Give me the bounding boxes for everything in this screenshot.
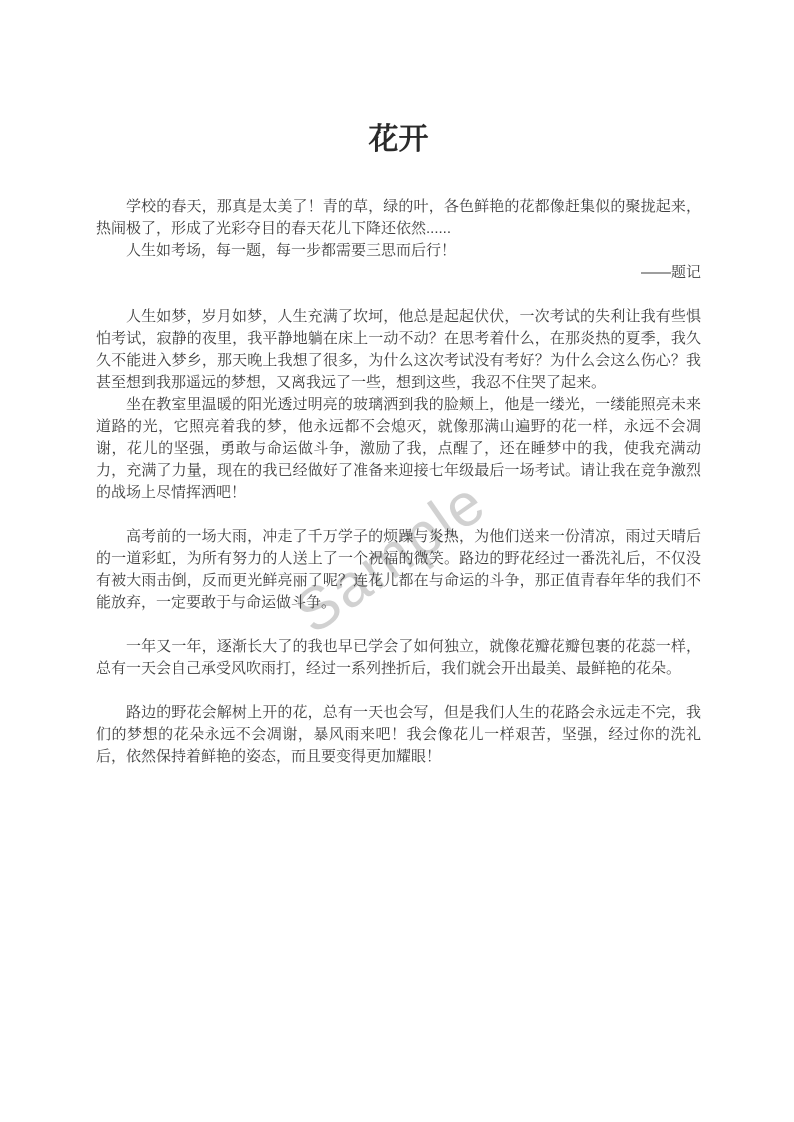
body-paragraph-1: 人生如梦，岁月如梦，人生充满了坎坷，他总是起起伏伏，一次考试的失利让我有些惧怕考…: [96, 306, 701, 394]
essay-title: 花开: [96, 122, 701, 158]
intro-paragraph-2: 人生如考场，每一题，每一步都需要三思而后行！: [96, 240, 701, 262]
body-paragraph-2: 坐在教室里温暖的阳光透过明亮的玻璃洒到我的脸颊上，他是一缕光，一缕能照亮未来道路…: [96, 394, 701, 504]
intro-paragraph-1: 学校的春天，那真是太美了！青的草，绿的叶，各色鲜艳的花都像赶集似的聚拢起来，热闹…: [96, 196, 701, 240]
body-paragraph-3: 高考前的一场大雨，冲走了千万学子的烦躁与炎热，为他们送来一份清凉，雨过天晴后的一…: [96, 526, 701, 614]
body-paragraph-5: 路边的野花会解树上开的花，总有一天也会写，但是我们人生的花路会永远走不完，我们的…: [96, 702, 701, 768]
epigraph-line: ——题记: [96, 262, 701, 284]
document-page: Sample 花开 学校的春天，那真是太美了！青的草，绿的叶，各色鲜艳的花都像赶…: [0, 0, 794, 1122]
body-paragraph-4: 一年又一年，逐渐长大了的我也早已学会了如何独立，就像花瓣花瓣包裹的花蕊一样，总有…: [96, 636, 701, 680]
essay-content: 花开 学校的春天，那真是太美了！青的草，绿的叶，各色鲜艳的花都像赶集似的聚拢起来…: [96, 122, 701, 768]
